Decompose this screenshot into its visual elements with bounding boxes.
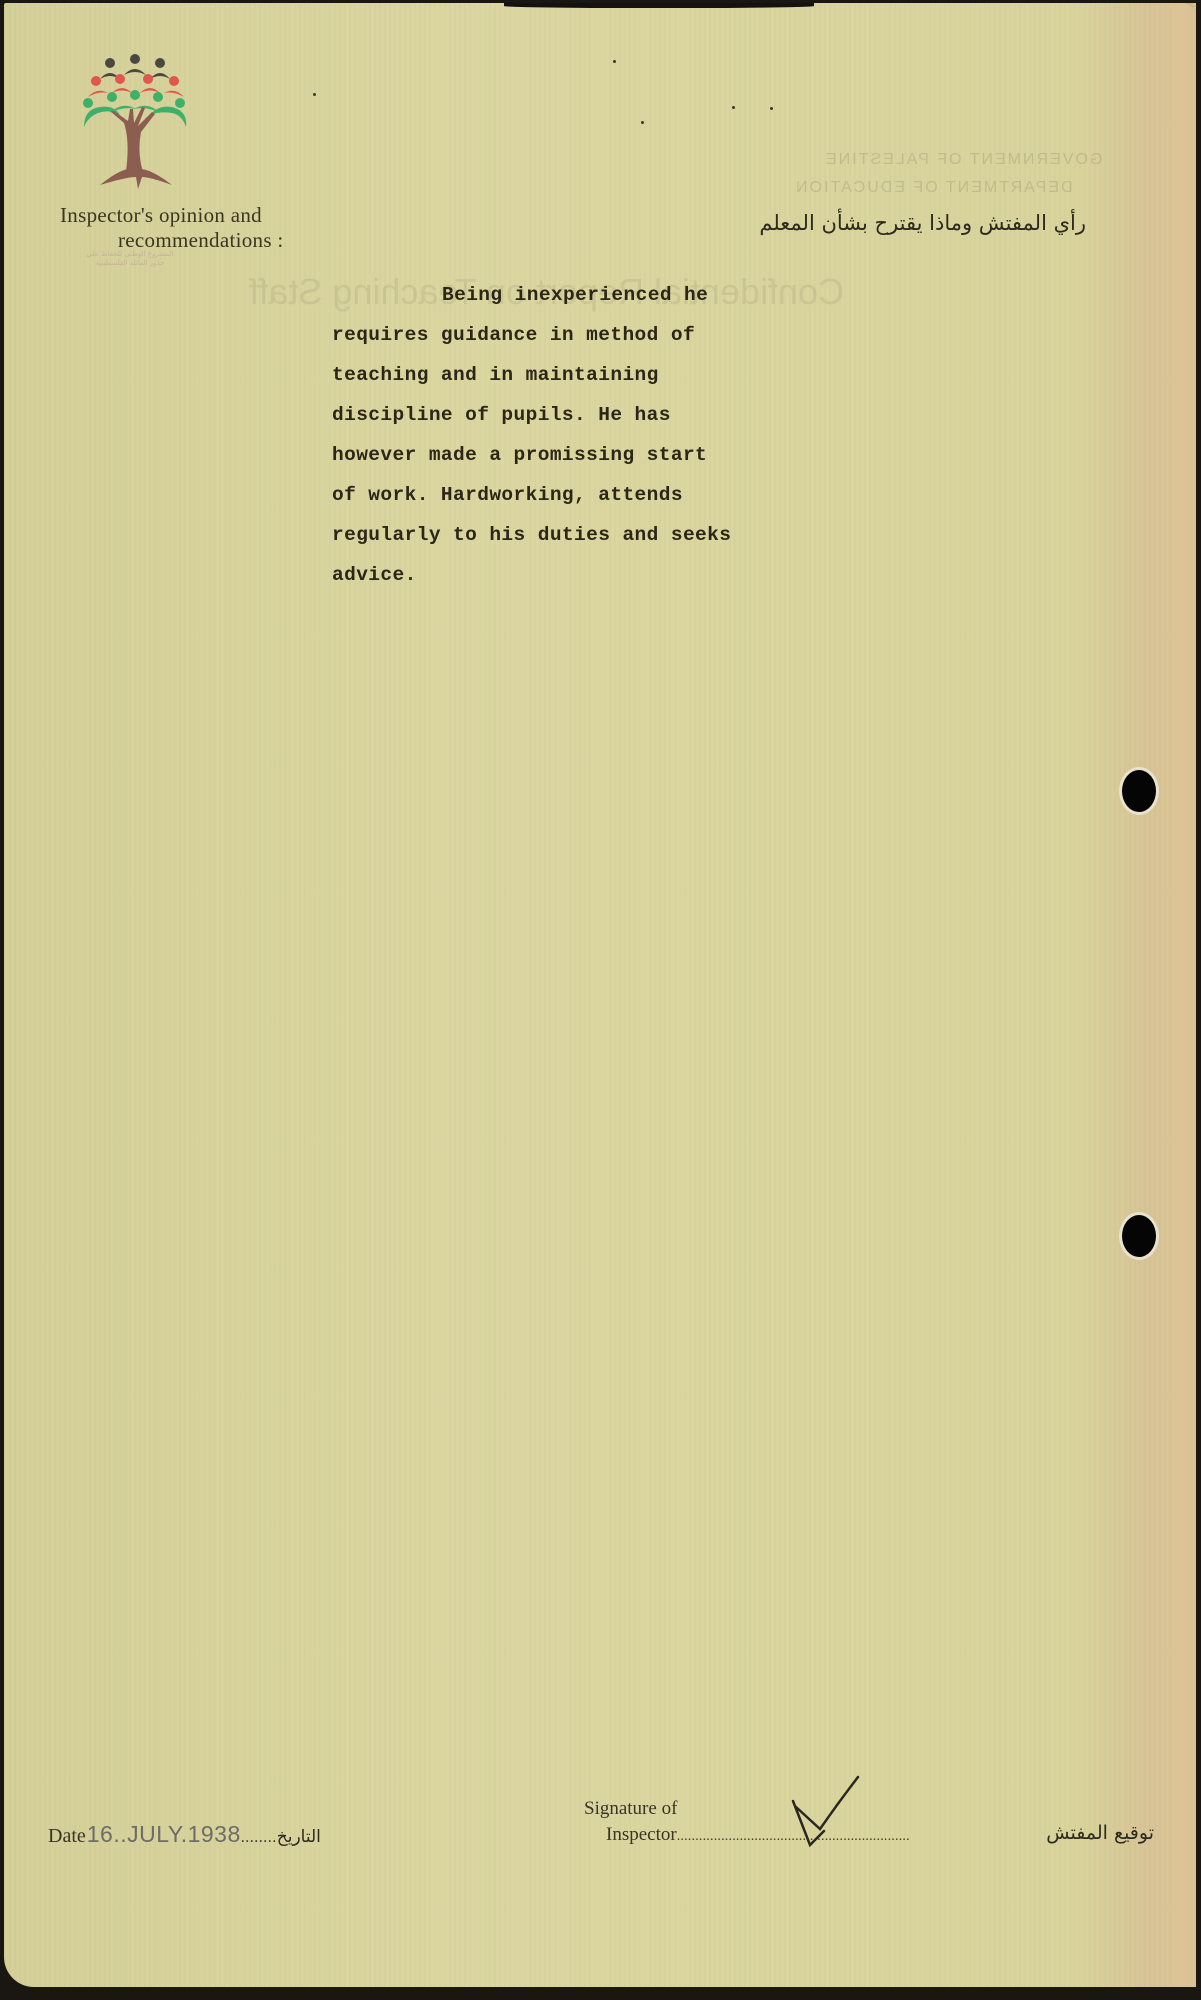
document-page: GOVERNMENT OF PALESTINE DEPARTMENT OF ED… [4,3,1196,1987]
date-dots: ........ [241,1829,277,1847]
inspector-comments: Being inexperienced he requires guidance… [332,275,892,595]
signature-label-line-2: Inspector...............................… [584,1822,910,1850]
signature-field: Signature of Inspector..................… [584,1796,1194,1856]
family-tree-logo-icon [80,51,190,193]
ghost-header-2: DEPARTMENT OF EDUCATION [794,179,1073,197]
comment-line: teaching and in maintaining [332,355,892,395]
watermark-line-2: جذور العائلة الفلسطينية [70,259,190,268]
signature-label-inspector: Inspector [606,1824,677,1845]
date-field: Date 16..JULY.1938 ........ التاريخ [48,1821,321,1851]
signature-check-mark-icon [790,1773,860,1853]
punch-hole-top [1122,770,1156,812]
comment-line: of work. Hardworking, attends [332,475,892,515]
punch-hole-bottom [1122,1215,1156,1257]
comment-line: discipline of pupils. He has [332,395,892,435]
signature-label: Signature of Inspector..................… [584,1796,910,1850]
speck [641,121,644,124]
comment-line: Being inexperienced he [332,275,892,315]
date-label-ar: التاريخ [277,1827,321,1847]
date-stamp: 16..JULY.1938 [87,1821,241,1848]
label-line-2: recommendations : [48,228,338,253]
paper-edge [1158,3,1196,1987]
signature-label-ar: توقيع المفتش [1046,1822,1154,1844]
ghost-header-1: GOVERNMENT OF PALESTINE [824,151,1102,169]
inspector-opinion-label-ar: رأي المفتش وماذا يقترح بشأن المعلم [759,211,1086,235]
signature-label-line-1: Signature of [584,1798,677,1819]
comment-line: regularly to his duties and seeks [332,515,892,555]
comment-line: advice. [332,555,892,595]
scan-shadow [504,3,814,8]
speck [613,60,616,63]
comment-line: requires guidance in method of [332,315,892,355]
date-label: Date [48,1825,86,1848]
label-line-1: Inspector's opinion and [48,203,338,228]
speck [732,106,735,109]
inspector-opinion-label: Inspector's opinion and recommendations … [48,203,338,253]
speck [313,93,316,96]
speck [770,107,773,110]
comment-line: however made a promissing start [332,435,892,475]
